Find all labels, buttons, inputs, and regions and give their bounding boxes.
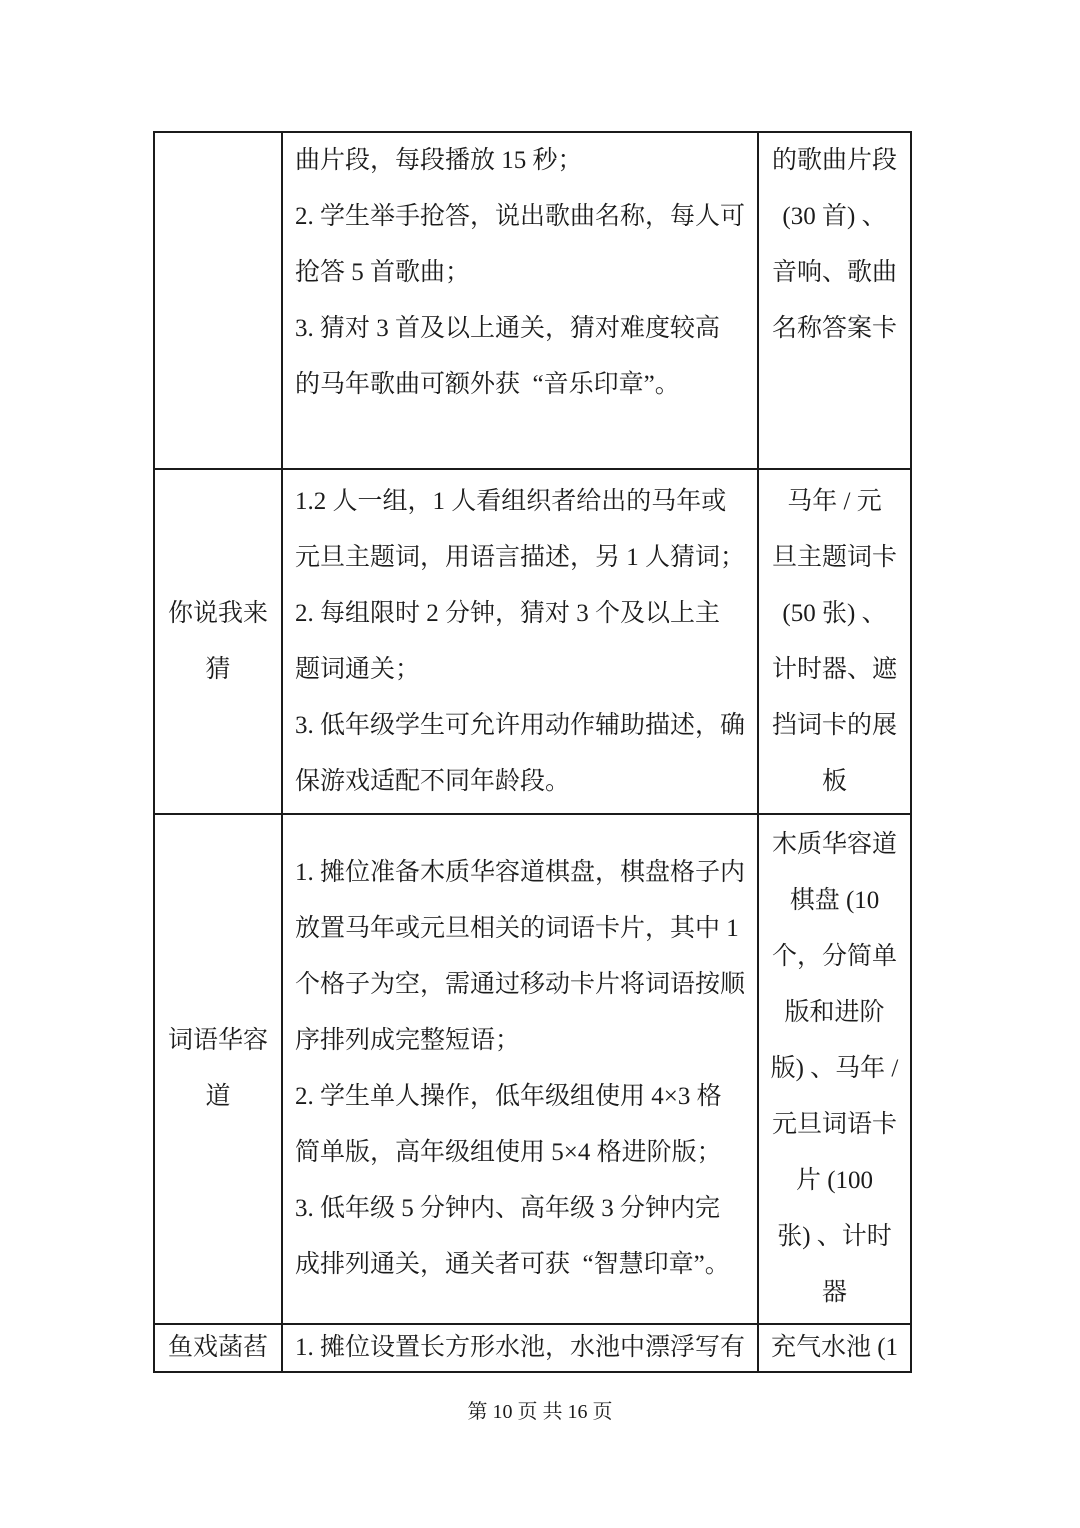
table-row: 曲片段，每段播放 15 秒；2. 学生举手抢答，说出歌曲名称，每人可抢答 5 首… (154, 132, 911, 469)
text-line: 棋盘 (10 (761, 873, 908, 929)
materials-cell: 马年 / 元旦主题词卡(50 张) 、计时器、遮挡词卡的展板 (758, 469, 911, 814)
text-line: 版和进阶 (761, 985, 908, 1041)
rules-cell: 1.2 人一组，1 人看组织者给出的马年或元旦主题词，用语言描述，另 1 人猜词… (282, 469, 758, 814)
text-line: 2. 学生举手抢答，说出歌曲名称，每人可 (295, 189, 753, 245)
text-line: 音响、歌曲 (761, 245, 908, 301)
text-line: (50 张) 、 (761, 586, 908, 642)
text-line: 2. 每组限时 2 分钟，猜对 3 个及以上主 (295, 586, 753, 642)
text-line: 元旦词语卡 (761, 1097, 908, 1153)
text-line: 1.2 人一组，1 人看组织者给出的马年或 (295, 474, 753, 530)
text-line: 的马年歌曲可额外获 “音乐印章”。 (295, 357, 753, 413)
text-line: 3. 低年级学生可允许用动作辅助描述，确 (295, 698, 753, 754)
text-line: 简单版，高年级组使用 5×4 格进阶版； (295, 1125, 753, 1181)
activity-name-cell (154, 132, 282, 469)
text-line: 个格子为空，需通过移动卡片将词语按顺 (295, 957, 753, 1013)
text-line: 名称答案卡 (761, 301, 908, 357)
text-line: 马年 / 元 (761, 474, 908, 530)
text-line: 片 (100 (761, 1153, 908, 1209)
rules-cell: 1. 摊位设置长方形水池，水池中漂浮写有 (282, 1324, 758, 1372)
text-line: 放置马年或元旦相关的词语卡片，其中 1 (295, 901, 753, 957)
text-line: 3. 猜对 3 首及以上通关，猜对难度较高 (295, 301, 753, 357)
text-line: 1. 摊位设置长方形水池，水池中漂浮写有 (295, 1326, 753, 1370)
text-line: 张) 、计时 (761, 1209, 908, 1265)
text-line: 2. 学生单人操作，低年级组使用 4×3 格 (295, 1069, 753, 1125)
activity-name-cell: 你说我来猜 (154, 469, 282, 814)
text-line: 器 (761, 1265, 908, 1321)
text-line: 你说我来 (155, 586, 281, 642)
page-footer: 第 10 页 共 16 页 (0, 1398, 1080, 1426)
text-line: 充气水池 (1 (761, 1326, 908, 1370)
text-line: 版) 、马年 / (761, 1041, 908, 1097)
text-line: 木质华容道 (761, 817, 908, 873)
text-line: 题词通关； (295, 642, 753, 698)
text-line: 挡词卡的展 (761, 698, 908, 754)
materials-cell: 充气水池 (1 (758, 1324, 911, 1372)
text-line: 3. 低年级 5 分钟内、高年级 3 分钟内完 (295, 1181, 753, 1237)
text-line: 道 (155, 1069, 281, 1125)
text-line: 计时器、遮 (761, 642, 908, 698)
text-line: 保游戏适配不同年龄段。 (295, 754, 753, 810)
text-line: 元旦主题词，用语言描述，另 1 人猜词； (295, 530, 753, 586)
text-line: 抢答 5 首歌曲； (295, 245, 753, 301)
text-line: 词语华容 (155, 1013, 281, 1069)
materials-cell: 的歌曲片段(30 首) 、音响、歌曲名称答案卡 (758, 132, 911, 469)
text-line: 成排列通关，通关者可获 “智慧印章”。 (295, 1237, 753, 1293)
rules-cell: 1. 摊位准备木质华容道棋盘，棋盘格子内放置马年或元旦相关的词语卡片，其中 1个… (282, 814, 758, 1324)
activity-name-cell: 词语华容道 (154, 814, 282, 1324)
text-line: (30 首) 、 (761, 189, 908, 245)
document-page: { "table": { "rows": [ { "activity": [],… (0, 0, 1080, 1528)
materials-cell: 木质华容道棋盘 (10个，分简单版和进阶版) 、马年 /元旦词语卡片 (100张… (758, 814, 911, 1324)
text-line: 旦主题词卡 (761, 530, 908, 586)
text-line: 序排列成完整短语； (295, 1013, 753, 1069)
text-line: 个，分简单 (761, 929, 908, 985)
text-line: 猜 (155, 642, 281, 698)
text-line: 的歌曲片段 (761, 133, 908, 189)
rules-cell: 曲片段，每段播放 15 秒；2. 学生举手抢答，说出歌曲名称，每人可抢答 5 首… (282, 132, 758, 469)
table-row: 词语华容道 1. 摊位准备木质华容道棋盘，棋盘格子内放置马年或元旦相关的词语卡片… (154, 814, 911, 1324)
activity-name-cell: 鱼戏菡萏 (154, 1324, 282, 1372)
text-line: 曲片段，每段播放 15 秒； (295, 133, 753, 189)
text-line: 鱼戏菡萏 (155, 1326, 281, 1370)
activities-table: 曲片段，每段播放 15 秒；2. 学生举手抢答，说出歌曲名称，每人可抢答 5 首… (153, 131, 912, 1373)
table-row: 鱼戏菡萏 1. 摊位设置长方形水池，水池中漂浮写有 充气水池 (1 (154, 1324, 911, 1372)
text-line: 板 (761, 754, 908, 810)
text-line: 1. 摊位准备木质华容道棋盘，棋盘格子内 (295, 845, 753, 901)
table-row: 你说我来猜 1.2 人一组，1 人看组织者给出的马年或元旦主题词，用语言描述，另… (154, 469, 911, 814)
